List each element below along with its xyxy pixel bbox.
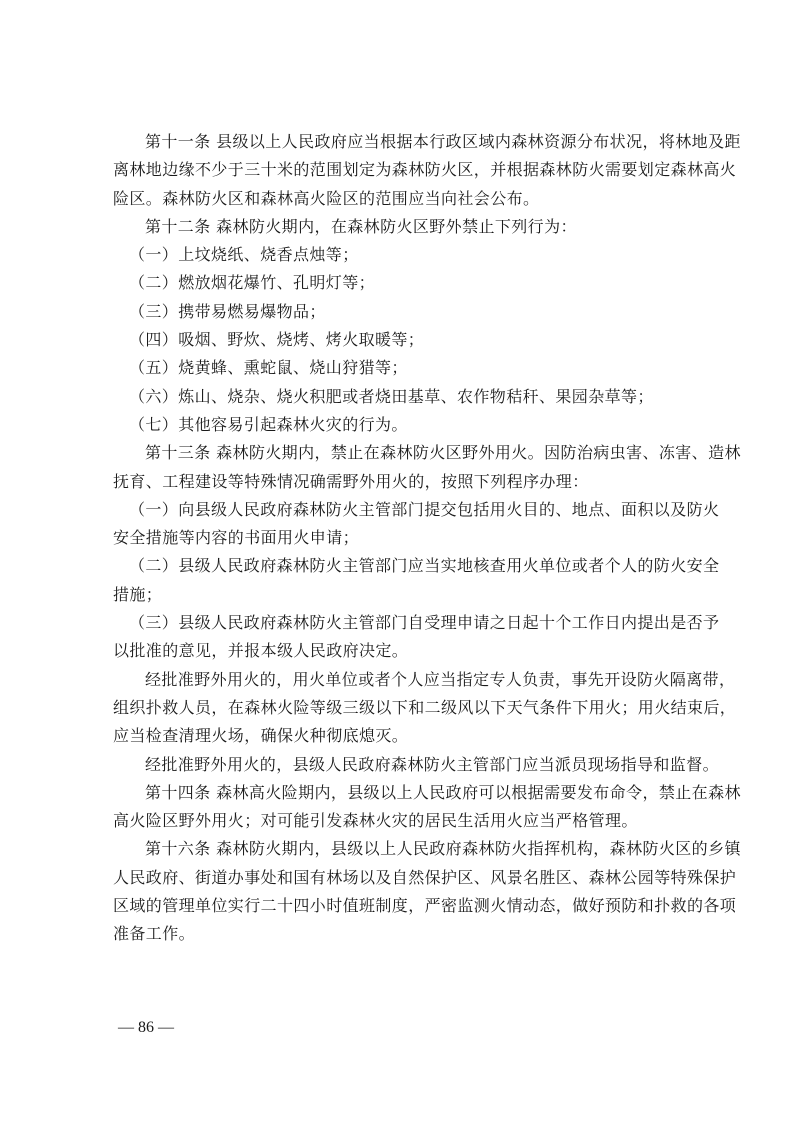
article-13-item-3-line-2: 以批准的意见，并报本级人民政府决定。 — [113, 637, 689, 665]
article-14-line-1: 第十四条 森林高火险期内，县级以上人民政府可以根据需要发布命令，禁止在森林 — [113, 779, 689, 807]
article-16-line-1: 第十六条 森林防火期内，县级以上人民政府森林防火指挥机构，森林防火区的乡镇 — [113, 835, 689, 863]
article-16-line-2: 人民政府、街道办事处和国有林场以及自然保护区、风景名胜区、森林公园等特殊保护 — [113, 864, 689, 892]
article-13-para-3: 经批准野外用火的，县级人民政府森林防火主管部门应当派员现场指导和监督。 — [113, 751, 689, 779]
article-11-line-1: 第十一条 县级以上人民政府应当根据本行政区域内森林资源分布状况，将林地及距 — [113, 128, 689, 156]
article-14-line-2: 高火险区野外用火；对可能引发森林火灾的居民生活用火应当严格管理。 — [113, 807, 689, 835]
article-13-line-2: 抚育、工程建设等特殊情况确需野外用火的，按照下列程序办理： — [113, 468, 689, 496]
article-13-line-1: 第十三条 森林防火期内，禁止在森林防火区野外用火。因防治病虫害、冻害、造林 — [113, 439, 689, 467]
article-12-item-1: （一）上坟烧纸、烧香点烛等； — [113, 241, 689, 269]
article-11-line-3: 险区。森林防火区和森林高火险区的范围应当向社会公布。 — [113, 185, 689, 213]
article-12-item-4: （四）吸烟、野炊、烧烤、烤火取暖等； — [113, 326, 689, 354]
document-body: 第十一条 县级以上人民政府应当根据本行政区域内森林资源分布状况，将林地及距 离林… — [113, 128, 689, 949]
article-12-heading: 第十二条 森林防火期内，在森林防火区野外禁止下列行为： — [113, 213, 689, 241]
article-12-item-6: （六）炼山、烧杂、烧火积肥或者烧田基草、农作物秸秆、果园杂草等； — [113, 383, 689, 411]
article-13-para-2-line-2: 组织扑救人员，在森林火险等级三级以下和二级风以下天气条件下用火；用火结束后， — [113, 694, 689, 722]
document-page: 第十一条 县级以上人民政府应当根据本行政区域内森林资源分布状况，将林地及距 离林… — [0, 0, 793, 1122]
article-11-line-2: 离林地边缘不少于三十米的范围划定为森林防火区，并根据森林防火需要划定森林高火 — [113, 156, 689, 184]
article-12-item-2: （二）燃放烟花爆竹、孔明灯等； — [113, 269, 689, 297]
article-13-item-1-line-2: 安全措施等内容的书面用火申请； — [113, 524, 689, 552]
article-12-item-3: （三）携带易燃易爆物品； — [113, 298, 689, 326]
article-13-item-3-line-1: （三）县级人民政府森林防火主管部门自受理申请之日起十个工作日内提出是否予 — [113, 609, 689, 637]
article-12-item-7: （七）其他容易引起森林火灾的行为。 — [113, 411, 689, 439]
article-13-item-2-line-2: 措施； — [113, 581, 689, 609]
article-16-line-4: 准备工作。 — [113, 920, 689, 948]
article-13-para-2-line-1: 经批准野外用火的，用火单位或者个人应当指定专人负责，事先开设防火隔离带， — [113, 666, 689, 694]
article-13-para-2-line-3: 应当检查清理火场，确保火种彻底熄灭。 — [113, 722, 689, 750]
article-13-item-1-line-1: （一）向县级人民政府森林防火主管部门提交包括用火目的、地点、面积以及防火 — [113, 496, 689, 524]
page-number: — 86 — — [118, 1018, 174, 1038]
article-13-item-2-line-1: （二）县级人民政府森林防火主管部门应当实地核查用火单位或者个人的防火安全 — [113, 552, 689, 580]
article-16-line-3: 区域的管理单位实行二十四小时值班制度，严密监测火情动态，做好预防和扑救的各项 — [113, 892, 689, 920]
article-12-item-5: （五）烧黄蜂、熏蛇鼠、烧山狩猎等； — [113, 354, 689, 382]
